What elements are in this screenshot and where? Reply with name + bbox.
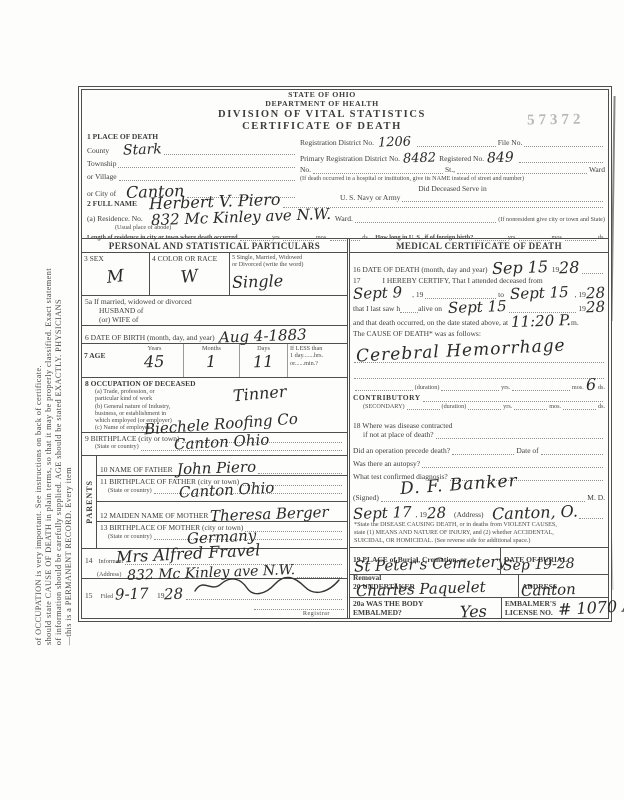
filed-number: 15 — [85, 591, 93, 600]
scanned-death-certificate: of OCCUPATION is very important. See ins… — [0, 0, 624, 800]
married-label-1: 5a If married, widowed or divorced — [85, 297, 344, 306]
file-no-label: File No. — [498, 138, 523, 147]
dotted-leader — [118, 160, 295, 168]
personal-section-title: PERSONAL AND STATISTICAL PARTICULARS — [82, 239, 347, 253]
attended-from-value: Sept 9 — [353, 285, 403, 302]
undertaker-address-value: Canton — [521, 582, 576, 599]
embalmed-label-2: EMBALMED? — [353, 608, 457, 617]
last-saw-year-prefix: 19 — [578, 304, 586, 313]
age-label: 7 AGE — [84, 351, 105, 360]
contributory-label: CONTRIBUTORY — [353, 393, 421, 402]
dotted-leader — [407, 402, 440, 410]
duration-yrs-label: yrs. — [501, 384, 510, 391]
dotted-leader — [582, 266, 603, 274]
margin-line-2: of information should be carefully suppl… — [54, 299, 63, 645]
last-saw-year: 28 — [586, 299, 606, 315]
nonresident-note: (If nonresident give city or town and St… — [498, 216, 605, 223]
sex-label: 3 SEX — [84, 254, 147, 263]
license-number-value: # 1070 A — [557, 598, 624, 618]
residence-label: (a) Residence. No. — [87, 214, 143, 223]
margin-instructions: of OCCUPATION is very important. See ins… — [34, 100, 73, 645]
filed-date-value: 9-17 — [115, 586, 149, 602]
dotted-leader — [541, 447, 603, 455]
informant-number: 14 — [85, 556, 93, 565]
form-columns: PERSONAL AND STATISTICAL PARTICULARS 3 S… — [82, 238, 608, 618]
race-value: W — [151, 265, 227, 290]
father-name-value: John Piero — [176, 459, 256, 477]
filed-label: Filed — [101, 593, 114, 600]
father-birthplace-sub: (State or country) — [100, 487, 152, 494]
sex-value: M — [83, 266, 147, 289]
signed-address-value: Canton, O. — [491, 504, 577, 523]
margin-line-4: of OCCUPATION is very important. See ins… — [34, 365, 43, 645]
dotted-leader — [524, 139, 603, 147]
from-year-prefix: , 19 — [412, 290, 423, 299]
where-contracted-label-1: 18 Where was disease contracted — [353, 421, 605, 430]
embalmed-label-1: 20a WAS THE BODY — [353, 599, 457, 608]
street-label: St., — [445, 165, 455, 174]
father-name-label: 10 NAME OF FATHER — [100, 465, 173, 474]
margin-line-1: —this is a PERMANENT RECORD. Every item — [64, 467, 73, 645]
age-years-value: 45 — [144, 354, 165, 371]
married-label-3: (or) WIFE of — [85, 315, 344, 324]
father-birthplace-value: Canton Ohio — [179, 480, 275, 500]
mother-maiden-label: 12 MAIDEN NAME OF MOTHER — [100, 511, 208, 520]
dotted-leader — [514, 402, 547, 410]
duration-label: (duration) — [415, 384, 440, 391]
street-no-label: No. — [300, 165, 311, 174]
medical-column: MEDICAL CERTIFICATE OF DEATH 16 DATE OF … — [349, 239, 608, 618]
dob-label: 6 DATE OF BIRTH (month, day, and year) — [85, 333, 215, 342]
footnote-line-2: state (1) MEANS AND NATURE OF INJURY, an… — [354, 529, 604, 537]
place-of-death-section: 1 PLACE OF DEATH County Stark Township o… — [87, 132, 297, 199]
personal-column: PERSONAL AND STATISTICAL PARTICULARS 3 S… — [82, 239, 348, 618]
duration-ds-label: ds. — [598, 384, 605, 391]
cause-footnote: *State the DISEASE CAUSING DEATH, or in … — [350, 519, 608, 547]
certify-number: 17 — [353, 276, 361, 285]
filed-year-value: 28 — [164, 587, 184, 603]
race-label: 4 COLOR OR RACE — [152, 254, 227, 263]
married-label-2: HUSBAND of — [85, 306, 344, 315]
full-name-section: 2 FULL NAME Herbert V. Piero (a) Residen… — [87, 193, 605, 241]
where-contracted-label-2: if not at place of death? — [363, 430, 434, 439]
certificate-form-inner: STATE OF OHIO DEPARTMENT OF HEALTH DIVIS… — [81, 89, 609, 619]
marital-value: Single — [232, 273, 284, 291]
death-occurred-label: and that death occurred, on the date sta… — [353, 318, 508, 327]
contrib-duration-label: (duration) — [442, 403, 467, 410]
full-name-label: 2 FULL NAME — [87, 199, 137, 208]
cause-of-death-label: The CAUSE OF DEATH* was as follows: — [353, 329, 605, 338]
parents-section: PARENTS 10 NAME OF FATHER John Piero 11 … — [82, 456, 347, 549]
signed-year-prefix: , 19 — [416, 510, 427, 519]
hospital-note: (If death occurred in a hospital or inst… — [300, 175, 605, 182]
registration-district-label: Registration District No. — [300, 138, 374, 147]
marital-label-2: or Divorced (write the word) — [232, 261, 345, 268]
signed-address-label: (Address) — [454, 510, 484, 519]
to-year-prefix: , 19 — [575, 290, 586, 299]
dotted-leader — [452, 447, 514, 455]
duration-mos-label: mos. — [572, 384, 584, 391]
dotted-leader — [355, 215, 496, 223]
dod-year-value: 28 — [559, 259, 580, 276]
footnote-line-3: SUICIDAL, OR HOMICIDAL. (See reverse sid… — [354, 537, 604, 545]
autopsy-label: Was there an autopsy? — [353, 459, 420, 468]
marital-label-1: 5 Single, Married, Widowed — [232, 254, 345, 261]
service-label-1: Did Deceased Serve in — [418, 184, 487, 193]
ward-label: Ward — [589, 165, 605, 174]
birthplace-label: 9 BIRTHPLACE (city or town) — [85, 434, 180, 443]
ward-suffix-label: Ward. — [335, 214, 353, 223]
last-saw-value: Sept 15 — [448, 299, 507, 316]
signed-label: (Signed) — [353, 493, 379, 502]
registered-no-value: 849 — [487, 151, 514, 166]
dotted-leader — [519, 155, 603, 163]
burial-place-value: St Peter's Cemetery — [354, 555, 506, 575]
dotted-leader — [563, 402, 596, 410]
dotted-leader — [313, 166, 443, 174]
dob-value: Aug 4-1883 — [218, 328, 306, 346]
dotted-leader — [119, 173, 295, 181]
occupation-a-label-1: (a) Trade, profession, or — [85, 388, 344, 395]
dotted-leader — [468, 402, 501, 410]
dotted-leader — [258, 466, 342, 474]
death-time-value: 11:20 P. — [511, 313, 571, 330]
dotted-leader — [254, 602, 344, 610]
contrib-yrs-label: yrs. — [503, 403, 512, 410]
dotted-leader — [579, 511, 603, 519]
signed-year-value: 28 — [427, 506, 447, 522]
operation-date-label: Date of — [516, 446, 538, 455]
dotted-leader — [422, 460, 603, 468]
footnote-line-1: *State the DISEASE CAUSING DEATH, or in … — [354, 521, 604, 529]
age-less-note-3: or......min.? — [290, 360, 345, 367]
last-saw-label-1: that I last saw h — [353, 304, 400, 313]
age-months-value: 1 — [206, 354, 217, 370]
primary-district-label: Primary Registration District No. — [300, 154, 400, 163]
dotted-leader — [400, 305, 418, 313]
mother-birthplace-sub: (State or country) — [100, 533, 152, 540]
medical-section-title: MEDICAL CERTIFICATE OF DEATH — [350, 239, 608, 253]
department-title: DEPARTMENT OF HEALTH — [187, 100, 457, 109]
duration-days-value: 6 — [585, 377, 596, 393]
form-header: STATE OF OHIO DEPARTMENT OF HEALTH DIVIS… — [187, 91, 457, 133]
dotted-leader — [423, 394, 603, 402]
registered-no-label: Registered No. — [439, 154, 484, 163]
age-less-note-1: If LESS than — [290, 345, 345, 352]
place-of-death-label: 1 PLACE OF DEATH — [87, 132, 158, 141]
occupation-b-label-1: (b) General nature of Industry, — [85, 403, 344, 410]
age-less-note-2: 1 day.......hrs. — [290, 352, 345, 359]
margin-line-3: should state CAUSE OF DEATH in plain ter… — [44, 268, 53, 645]
birthplace-sub-label: (State or country) — [85, 443, 139, 450]
date-of-death-value: Sep 15 — [491, 259, 548, 277]
contrib-mos-label: mos. — [549, 403, 561, 410]
contrib-ds-label: ds. — [598, 403, 605, 410]
parents-strip: PARENTS — [82, 456, 97, 548]
burial-date-value: Sep 19-28 — [503, 557, 575, 573]
informant-address-label: (Address) — [97, 571, 121, 578]
county-label: County — [87, 146, 109, 155]
operation-label: Did an operation precede death? — [353, 446, 450, 455]
attended-to-value: Sept 15 — [510, 285, 569, 302]
certificate-form: STATE OF OHIO DEPARTMENT OF HEALTH DIVIS… — [78, 86, 612, 622]
primary-district-value: 8482 — [403, 151, 437, 165]
embalmed-value: Yes — [460, 604, 487, 621]
village-label: or Village — [87, 172, 117, 181]
occupation-a-label-2: particular kind of work — [85, 395, 344, 402]
undertaker-value: Charles Paquelet — [356, 580, 486, 600]
registration-district-value: 1206 — [378, 135, 412, 149]
signed-date-value: Sept 17 — [353, 505, 412, 522]
township-label: Township — [87, 159, 116, 168]
disease-contracted-block: 18 Where was disease contracted if not a… — [350, 419, 608, 443]
county-value: Stark — [123, 142, 162, 157]
occupation-a-value: Tinner — [233, 383, 288, 404]
dotted-leader — [441, 383, 499, 391]
cause-of-death-area: Cerebral Hemorrhage — [350, 339, 608, 378]
dotted-leader — [355, 383, 413, 391]
death-time-suffix: m. — [571, 318, 579, 327]
division-title: DIVISION OF VITAL STATISTICS — [187, 109, 457, 121]
file-stamp-number: 57372 — [526, 111, 584, 129]
occupation-title: 8 OCCUPATION OF DECEASED — [85, 379, 344, 388]
dotted-leader — [417, 139, 496, 147]
dotted-leader — [457, 166, 587, 174]
age-days-value: 11 — [253, 354, 274, 371]
md-label: M. D. — [587, 493, 605, 502]
dotted-leader — [436, 431, 603, 439]
certification-block: 17 I HEREBY CERTIFY, That I attended dec… — [350, 275, 608, 339]
dotted-leader — [245, 524, 342, 532]
date-of-death-label: 16 DATE OF DEATH (month, day and year) — [353, 265, 488, 274]
dotted-leader — [512, 383, 570, 391]
birthplace-value: Canton Ohio — [174, 432, 270, 452]
registrar-label: Registrar — [85, 610, 344, 617]
last-saw-label-2: alive on — [418, 304, 442, 313]
contributory-sub-label: (SECONDARY) — [363, 403, 405, 410]
registrar-signature — [191, 575, 341, 597]
contributory-block: CONTRIBUTORY (SECONDARY) (duration) yrs.… — [350, 391, 608, 419]
dotted-leader — [164, 147, 295, 155]
dotted-leader — [354, 371, 604, 379]
parents-label: PARENTS — [85, 480, 94, 524]
